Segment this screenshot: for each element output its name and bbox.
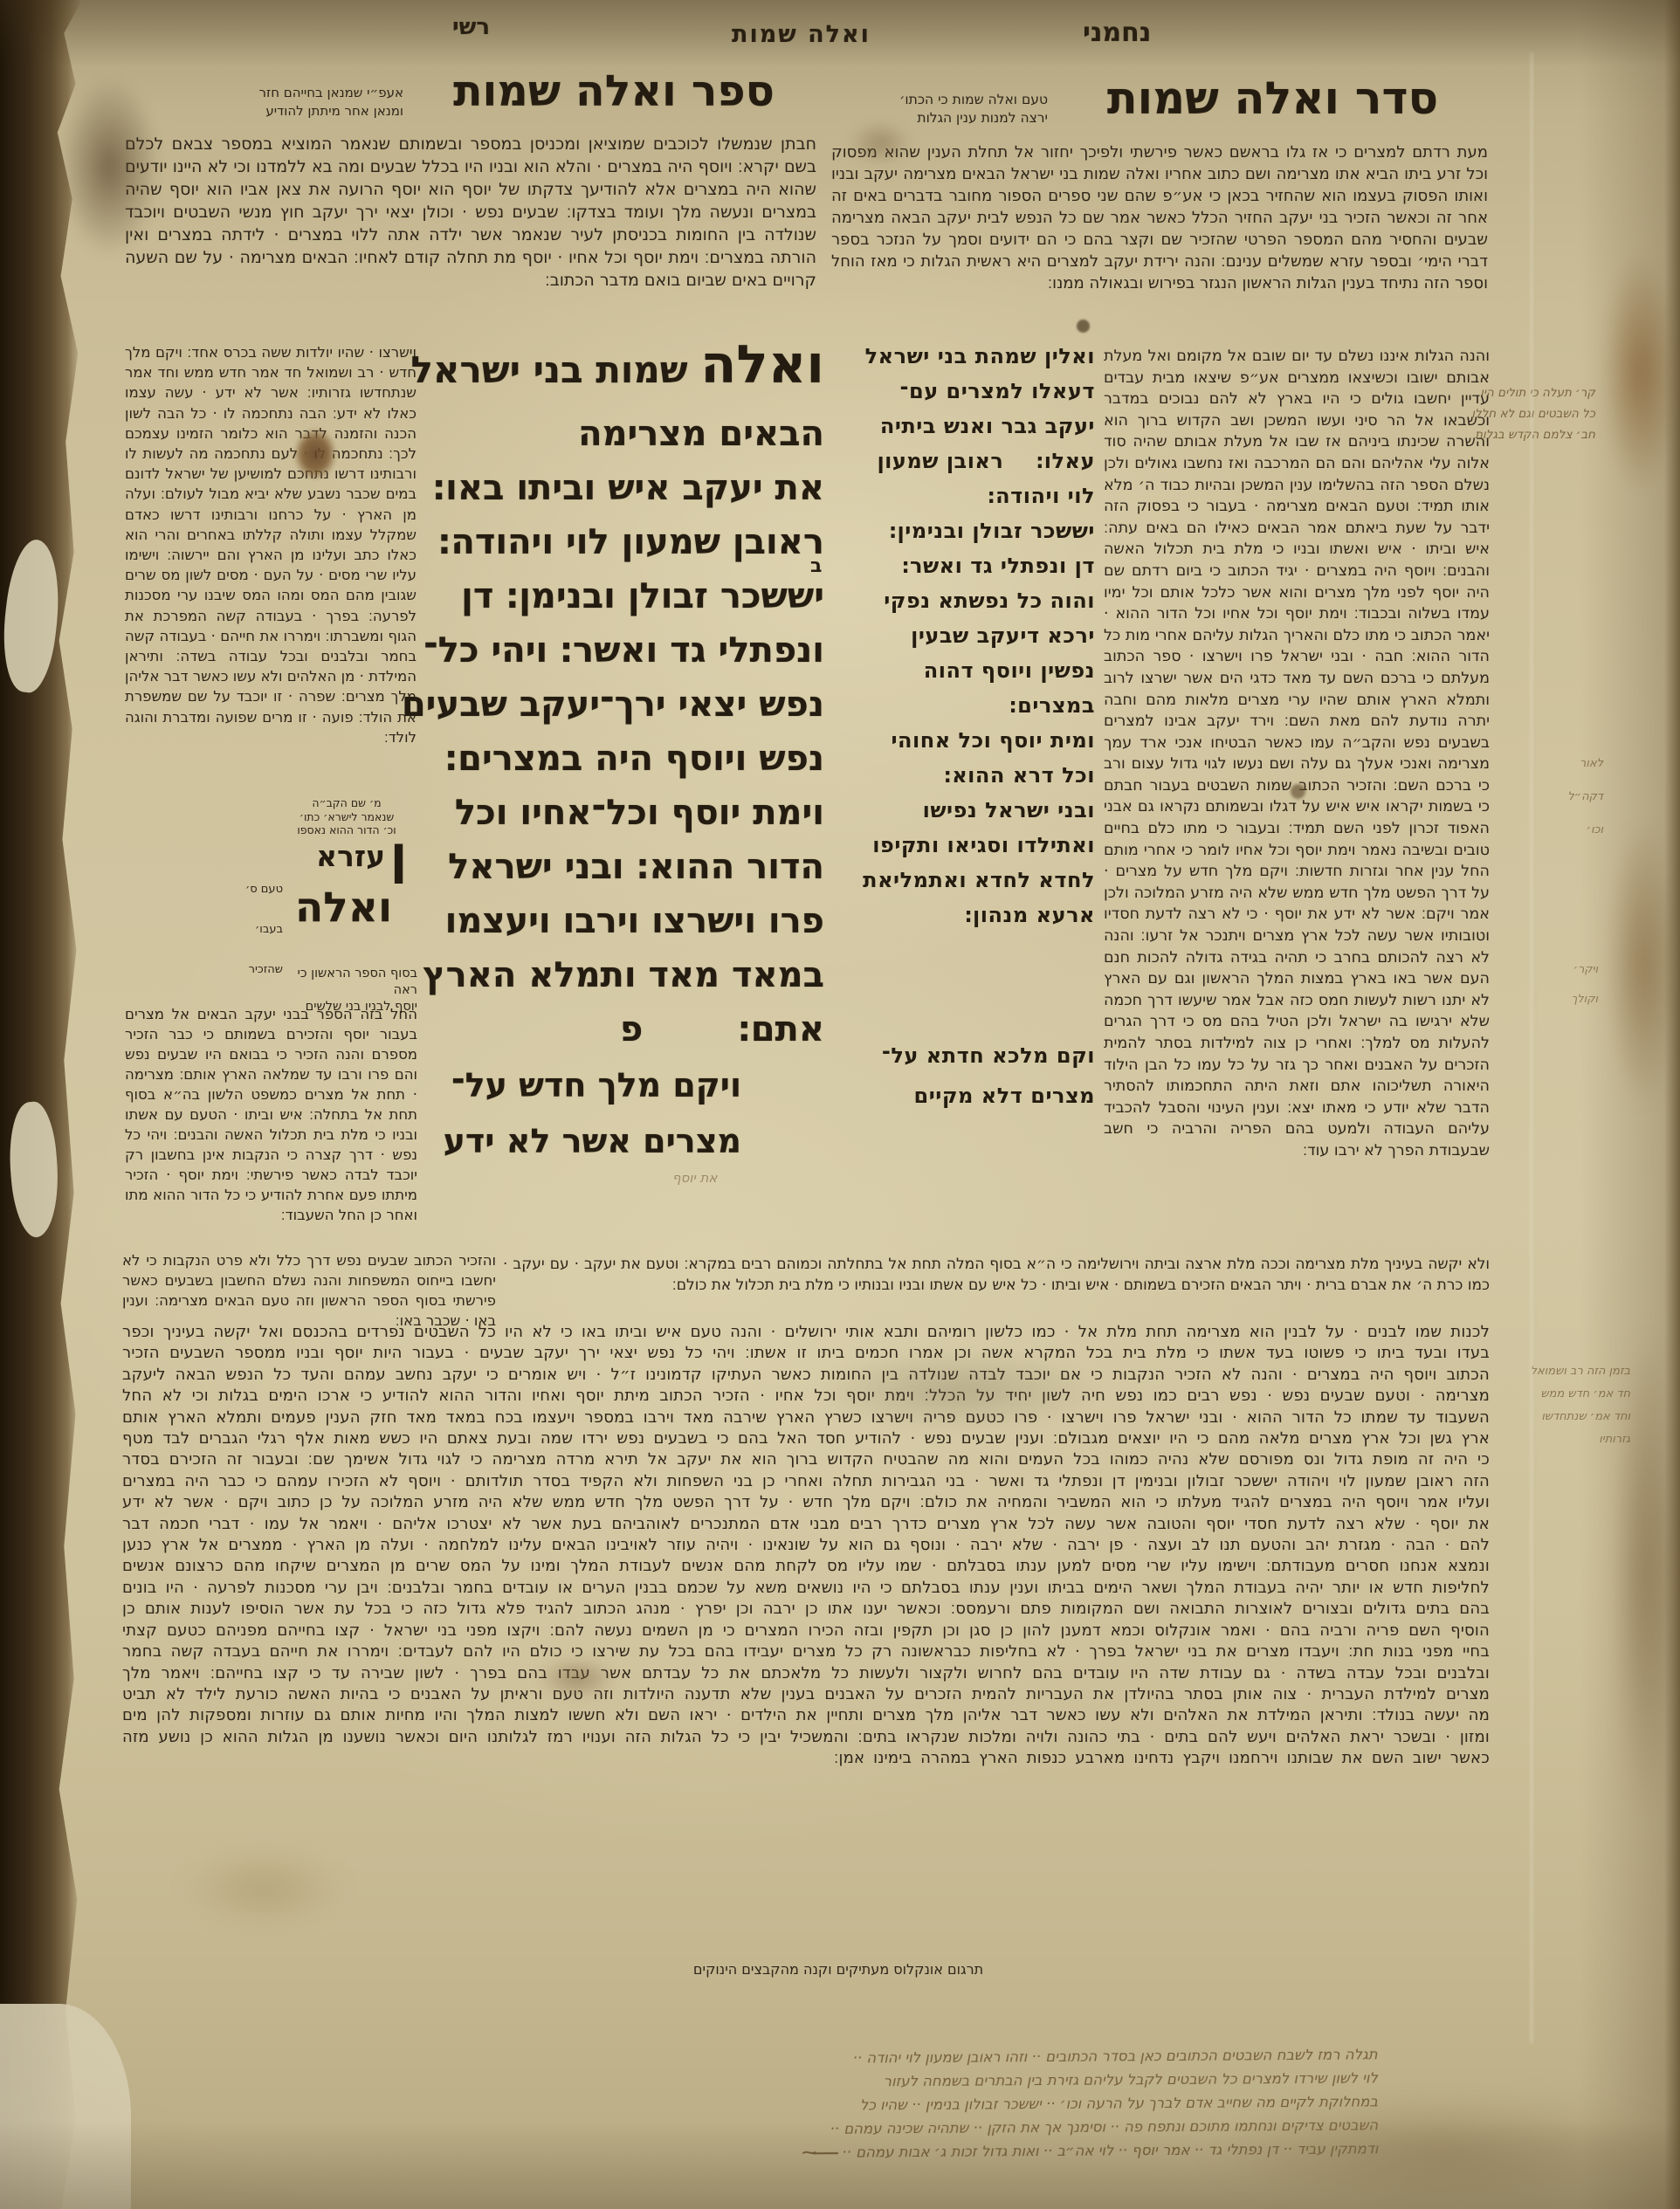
targum-line: ארעא מנהון׃ <box>831 898 1095 932</box>
paper-crease <box>1530 52 1534 2043</box>
handwritten-line-text: ודמתקין עביד ·· דן נפתלי גד ·· אמר יוסף … <box>842 2140 1378 2160</box>
handwritten-interline-gloss: את יוסף <box>672 1170 717 1186</box>
right-margin-note: קר׳ תעלה כי תולים היו כל השבטים וגם לא ח… <box>1442 382 1595 445</box>
margin-note-line: חד אמ׳ חדש ממש <box>1495 1383 1630 1406</box>
torah-verse-line: נפש יצאי ירך־יעקב שבעים <box>419 678 824 732</box>
torah-verse-line: ונפתלי גד ואשר׃ ויהי כל־ <box>419 623 824 678</box>
targum-line: נפשין ויוסף דהוה <box>831 653 1095 688</box>
ibn-ezra-opening-word: ואלה <box>295 884 392 932</box>
ramban-incipit-line: ירצה למנות ענין הגלות <box>869 109 1048 127</box>
torah-text-column: ואלה שמות בני ישראל הבאים מצרימה את יעקב… <box>419 328 824 1168</box>
ibn-ezra-section-title: ן עזרא <box>316 824 408 884</box>
rashi-commentary-column: וישרצו · שהיו יולדות ששה בכרס אחד׃ ויקם … <box>125 342 417 793</box>
right-margin-scribble: ויקר׳ וקולך <box>1502 955 1598 1015</box>
ibn-ezra-margin-words: טעם ס׳ בעבו׳ שהזכיר <box>213 870 283 990</box>
torah-verse-line-with-parashah: אתם׃ פ <box>419 1002 824 1056</box>
torah-verse-line: פרו וישרצו וירבו ויעצמו <box>419 894 824 948</box>
targum-line: ואלין שמהת בני ישראל <box>831 339 1095 374</box>
targum-line: ומית יוסף וכל אחוהי <box>831 723 1095 758</box>
torah-verse-line: וימת יוסף וכל־אחיו וכל <box>419 786 824 840</box>
targum-line: ואתילדו וסגיאו ותקיפו <box>831 828 1095 863</box>
ibn-ezra-title-nun: ן <box>390 824 408 884</box>
ibn-ezra-title-name: עזרא <box>316 839 385 873</box>
targum-line: יששכר זבולן ובנימין׃ <box>831 513 1095 548</box>
targum-line: ירכא דיעקב שבעין <box>831 618 1095 653</box>
rashi-incipit-lines: אעפ״י שמנאן בחייהם חזר ומנאן אחר מיתתן ל… <box>201 84 403 120</box>
lower-commentary-partial-lines: ולא יקשה בעיניך מלת מצרימה וככה מלת ארצה… <box>503 1254 1490 1318</box>
torah-verse-line: מצרים אשר לא ידע <box>472 1114 741 1168</box>
targum-line: לוי ויהודה׃ <box>831 478 1095 513</box>
margin-note-line: גזרותיו <box>1495 1428 1630 1451</box>
running-head-parasha: ואלה שמות <box>732 21 871 48</box>
targum-line: ובני ישראל נפישו <box>831 793 1095 828</box>
rashi-incipit-line: אעפ״י שמנאן בחייהם חזר <box>201 84 403 102</box>
gutter-marker-letter: ב <box>810 555 822 577</box>
ramban-commentary-intro: מעת רדתם למצרים כי אז גלו בראשם כאשר פיר… <box>831 141 1488 337</box>
targum-onkelos-column: ואלין שמהת בני ישראל דעאלו למצרים עם־ יע… <box>831 339 1095 1116</box>
margin-note-line: לאור <box>1498 747 1603 781</box>
page-right-edge <box>1664 0 1680 2209</box>
torah-verse-line: במאד מאד ותמלא הארץ <box>419 948 824 1002</box>
manuscript-page-scan: נחמני ואלה שמות רשי סדר ואלה שמות טעם וא… <box>0 0 1680 2209</box>
ibn-ezra-commentary-remainder: והזכיר הכתוב שבעים נפש דרך כלל ולא פרט ה… <box>122 1250 496 1332</box>
targum-line: וכל דרא ההוא׃ <box>831 758 1095 793</box>
gloss-line: שנאמר לישרא׳ כתו׳ <box>278 810 416 824</box>
margin-note-line: דקה״ל <box>1498 781 1603 814</box>
parashah-marker-pe: פ <box>620 1002 643 1056</box>
right-margin-scribble: לאור דקה״ל וכו׳ <box>1498 747 1603 847</box>
margin-note-line: כל השבטים וגם לא חללו <box>1442 403 1595 424</box>
margin-note-line: וכו׳ <box>1498 814 1603 847</box>
ibn-ezra-commentary-column: החל בזה הספר בבני יעקב הבאים אל מצרים בע… <box>125 1004 417 1247</box>
margin-note-line: ויקר׳ <box>1502 955 1598 985</box>
ramban-commentary-column: והנה הגלות איננו נשלם עד יום שובם אל מקו… <box>1104 346 1490 1226</box>
right-margin-scribble: בזמן הזה רב ושמואל חד אמ׳ חדש ממש וחד אמ… <box>1495 1360 1630 1451</box>
targum-line: במצרים׃ <box>831 688 1095 723</box>
ramban-incipit-line: טעם ואלה שמות כי הכתו׳ <box>869 91 1048 109</box>
targum-line: דעאלו למצרים עם־ <box>831 374 1095 409</box>
torah-verse-line: את יעקב איש וביתו באו׃ <box>419 461 824 515</box>
running-head-rashi: רשי <box>452 14 490 40</box>
targum-line: יעקב גבר ואנש ביתיה <box>831 409 1095 444</box>
margin-note-line: קר׳ תעלה כי תולים היו <box>1442 382 1595 403</box>
ramban-section-title: סדר ואלה שמות <box>1052 73 1493 125</box>
rashi-incipit-line: ומנאן אחר מיתתן להודיע <box>201 102 403 120</box>
targum-line: והוה כל נפשתא נפקי <box>831 583 1095 618</box>
torah-verse-line: יששכר זבולן ובנימן׃ דן <box>419 569 824 623</box>
torah-verse-line: ראובן שמעון לוי ויהודה׃ <box>419 515 824 569</box>
targum-line: דן ונפתלי גד ואשר׃ <box>831 548 1095 583</box>
margin-word: בעבו׳ <box>213 910 283 950</box>
lower-commentary-closing-line: תרגום אונקלוס מעתיקים וקנה מהקבצים הינוק… <box>454 1961 1222 1982</box>
gloss-line: מ׳ שם הקב״ה <box>278 796 416 810</box>
torah-verse-line: ואלה שמות בני ישראל <box>419 328 824 407</box>
targum-line: עאלו׃ ראובן שמעון <box>831 444 1095 478</box>
torah-verse-line: ויקם מלך חדש על־ <box>472 1058 741 1112</box>
margin-note-line: חב׳ צלמם הקדש בגלות <box>1442 424 1595 445</box>
torah-verse-line: הבאים מצרימה <box>419 407 824 461</box>
margin-note-line: וחד אמ׳ שנתחדשו <box>1495 1406 1630 1428</box>
torah-line-text: שמות בני ישראל <box>410 348 700 391</box>
rashi-section-title: ספר ואלה שמות <box>409 66 819 116</box>
lower-commentary-block: לכנות שמו לבנים · על לבנין הוא מצרימה תח… <box>122 1322 1490 1951</box>
handwritten-bottom-note: תגלה רמז לשבח השבטים הכתובים כאן בסדר הכ… <box>217 2042 1379 2168</box>
margin-word: טעם ס׳ <box>213 870 283 910</box>
handwritten-flourish: ——⁓ <box>802 2144 837 2161</box>
parashah-gap <box>831 932 1095 1036</box>
margin-note-line: וקולך <box>1502 985 1598 1015</box>
rashi-commentary-intro: חבתן שנמשלו לכוכבים שמוציאן ומכניסן במספ… <box>125 133 816 318</box>
targum-line: וקם מלכא חדתא על־ <box>831 1036 1095 1076</box>
ibn-ezra-line: בסוף הספר הראשון כי ראה <box>278 966 417 999</box>
margin-note-line: בזמן הזה רב ושמואל <box>1495 1360 1630 1383</box>
torah-verse-line: נפש ויוסף היה במצרים׃ <box>419 732 824 786</box>
margin-word: שהזכיר <box>213 950 283 990</box>
torah-line-text: אתם׃ <box>738 1002 824 1056</box>
targum-line: מצרים דלא מקיים <box>831 1076 1095 1116</box>
running-head-nachmani: נחמני <box>1083 17 1151 48</box>
targum-line: לחדא לחדא ואתמליאת <box>831 863 1095 898</box>
torah-verse-line: הדור ההוא׃ ובני ישראל <box>419 840 824 894</box>
ramban-incipit-lines: טעם ואלה שמות כי הכתו׳ ירצה למנות ענין ה… <box>869 91 1048 127</box>
torah-opening-word: ואלה <box>700 334 824 396</box>
